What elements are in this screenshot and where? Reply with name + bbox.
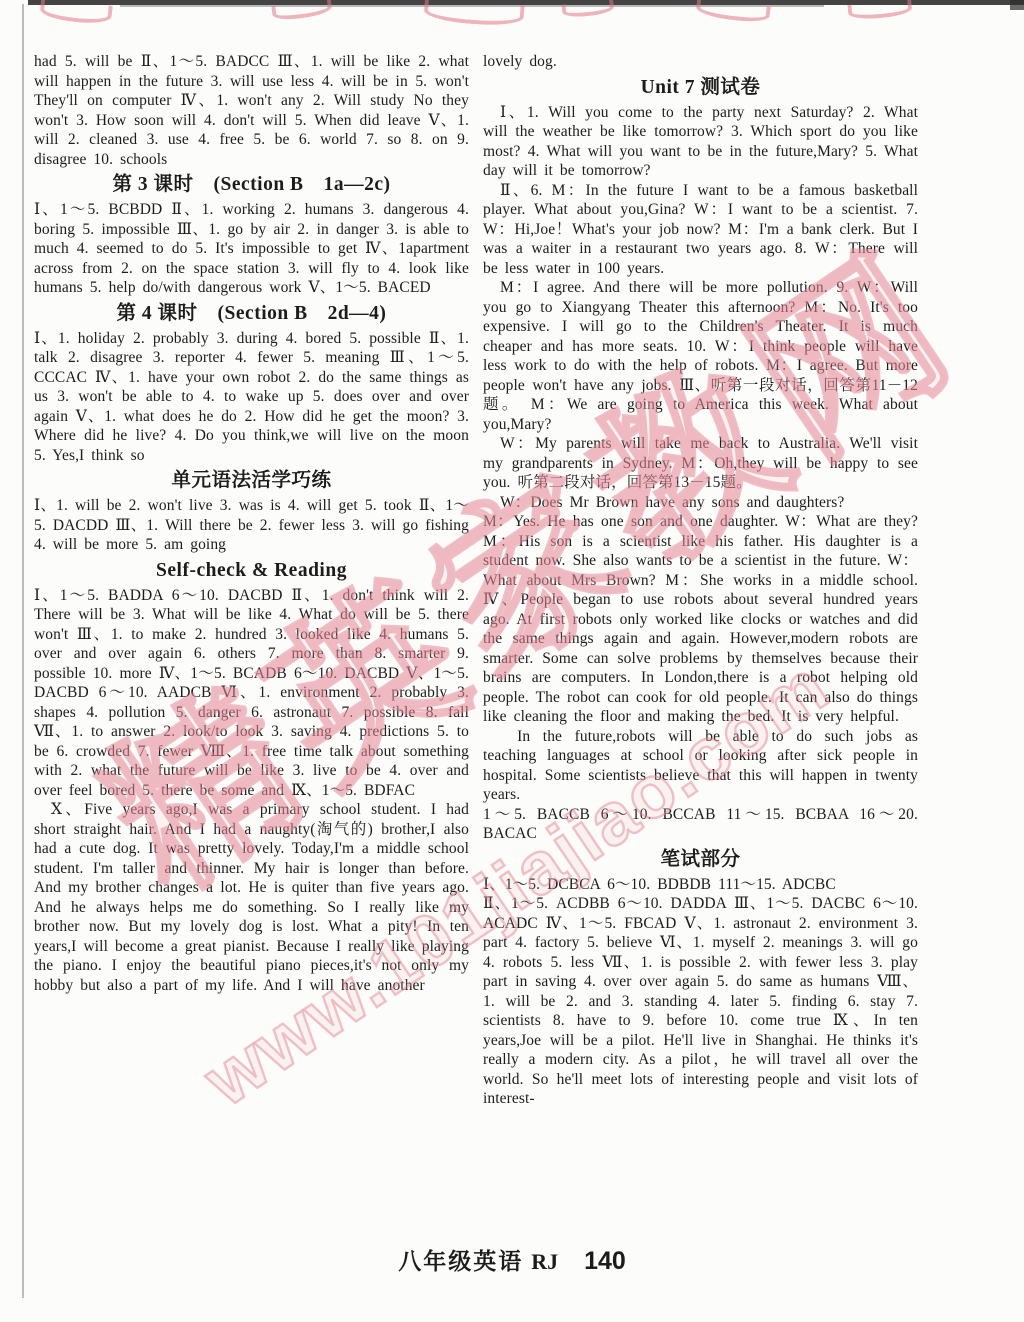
listening-part2-paragraph: Ⅱ、6. M：In the future I want to be a famo… <box>483 181 918 279</box>
book-title: 八年级英语 <box>398 1249 523 1274</box>
unit7-test-heading: Unit 7 测试卷 <box>483 75 918 100</box>
listening-part1-paragraph: Ⅰ、1. Will you come to the party next Sat… <box>483 103 918 181</box>
listening-dialogue-paragraph: W：Does Mr Brown have any sons and daught… <box>483 493 918 513</box>
model-essay-paragraph: Ⅹ、Five years ago,I was a primary school … <box>34 800 469 995</box>
written-part-keys-1: Ⅰ、1～5. DCBCA 6～10. BDBDB 111～15. ADCBC <box>483 875 918 895</box>
written-part-keys-2: Ⅱ、1～5. ACDBB 6～10. DADDA Ⅲ、1～5. DACBC 6～… <box>483 894 918 1109</box>
two-column-text: had 5. will be Ⅱ、1～5. BADCC Ⅲ、1. will be… <box>34 52 918 1109</box>
right-column: lovely dog. Unit 7 测试卷 Ⅰ、1. Will you com… <box>483 52 918 1109</box>
page-footer: 八年级英语RJ140 <box>0 1243 1024 1276</box>
lesson-4-heading: 第 4 课时 (Section B 2d—4) <box>34 301 469 326</box>
essay-continuation-line: lovely dog. <box>483 52 918 72</box>
written-part-heading: 笔试部分 <box>483 847 918 872</box>
edition-code: RJ <box>531 1249 558 1274</box>
robot-future-paragraph: In the future,robots will be able to do … <box>483 727 918 805</box>
answer-paragraph-selfcheck: Ⅰ、1～5. BADDA 6～10. DACBD Ⅱ、1. don't thin… <box>34 586 469 801</box>
listening-dialogue-paragraph: M：I agree. And there will be more pollut… <box>483 278 918 434</box>
selfcheck-reading-heading: Self-check & Reading <box>34 558 469 583</box>
answer-paragraph-lesson3: Ⅰ、1～5. BCBDD Ⅱ、1. working 2. humans 3. d… <box>34 200 469 298</box>
scan-edge-top-shadow <box>120 5 824 7</box>
page-number: 140 <box>584 1247 626 1275</box>
answer-paragraph-grammar: Ⅰ、1. will be 2. won't live 3. was is 4. … <box>34 496 469 555</box>
scanned-answer-page: had 5. will be Ⅱ、1～5. BADCC Ⅲ、1. will be… <box>0 0 1024 1322</box>
left-column: had 5. will be Ⅱ、1～5. BADCC Ⅲ、1. will be… <box>34 52 469 1109</box>
listening-dialogue-paragraph: W：My parents will take me back to Austra… <box>483 434 918 493</box>
answer-paragraph-lesson4: Ⅰ、1. holiday 2. probably 3. during 4. bo… <box>34 329 469 466</box>
scan-edge-corner <box>1010 0 1024 10</box>
answer-paragraph-unit-continuation: had 5. will be Ⅱ、1～5. BADCC Ⅲ、1. will be… <box>34 52 469 169</box>
lesson-3-heading: 第 3 课时 (Section B 1a—2c) <box>34 172 469 197</box>
listening-answer-keys: 1～5. BACCB 6～10. BCCAB 11～15. BCBAA 16～2… <box>483 805 918 844</box>
grammar-practice-heading: 单元语法活学巧练 <box>34 468 469 493</box>
listening-passage-paragraph: M：Yes. He has one son and one daughter. … <box>483 512 918 727</box>
scan-edge-left <box>22 4 24 1298</box>
